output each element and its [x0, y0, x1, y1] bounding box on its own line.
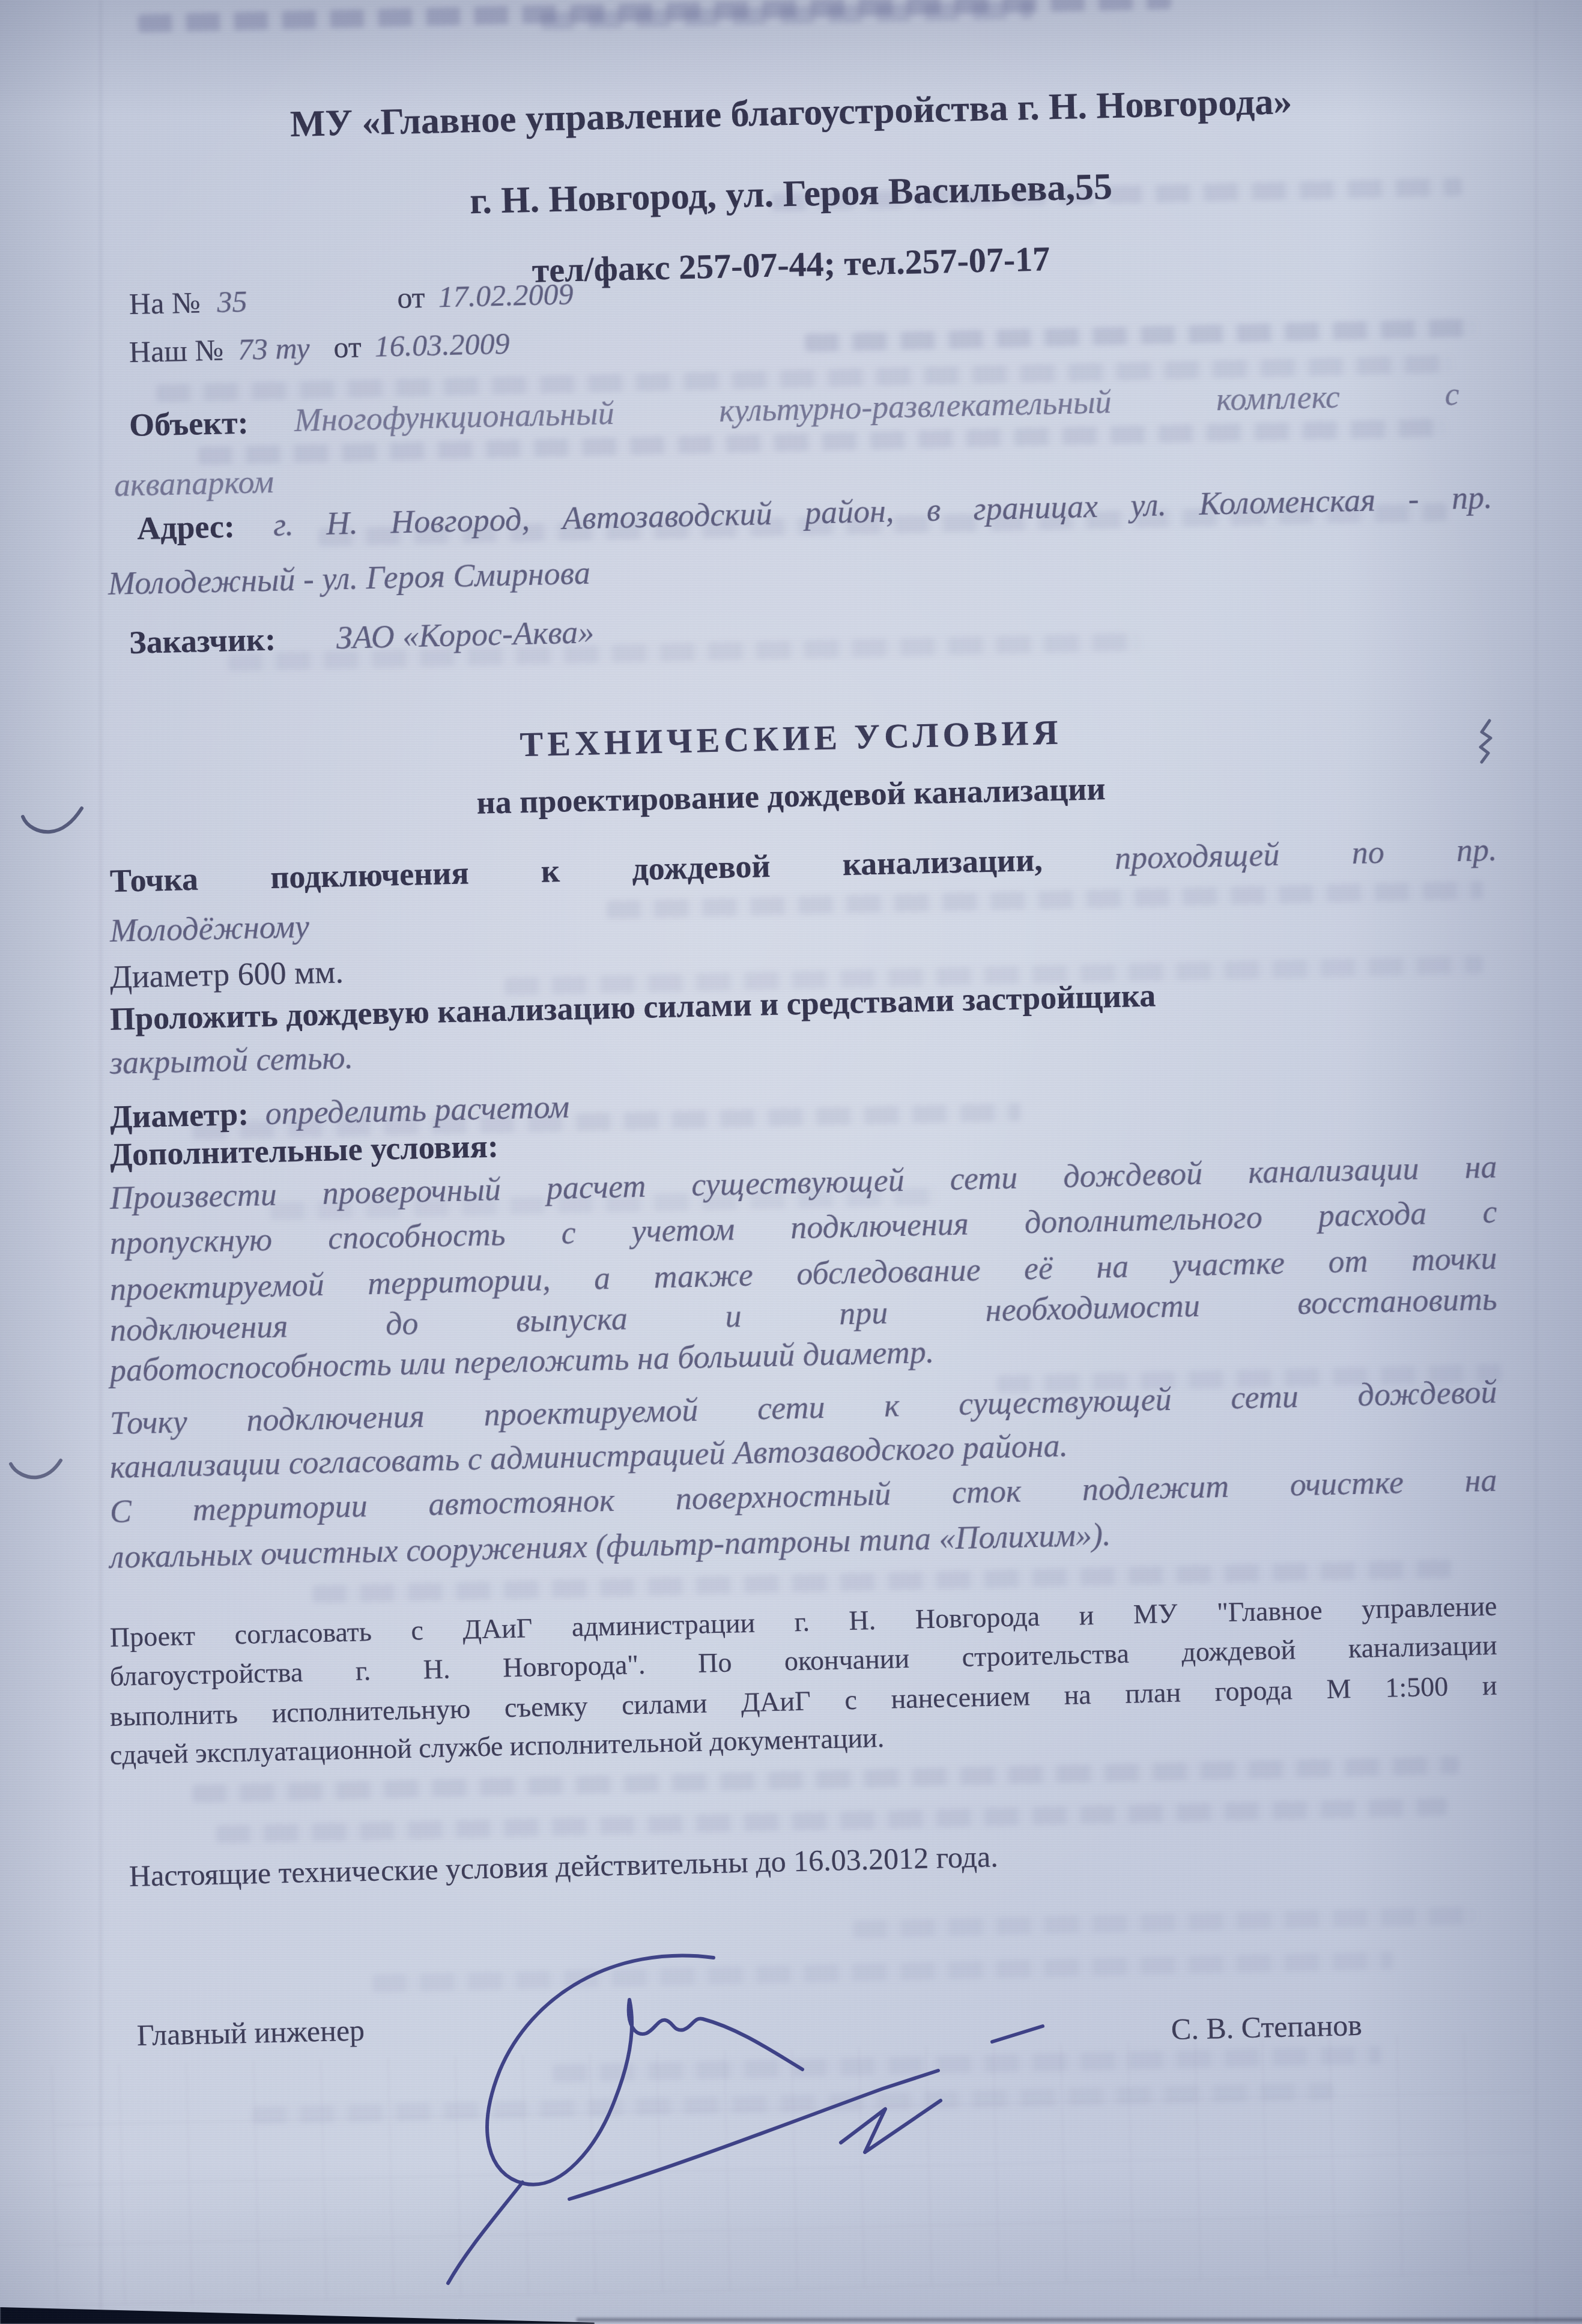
body-lay-tail: закрытой сетью.: [109, 1039, 353, 1083]
page-edge-line: [577, 2318, 1582, 2322]
ref-incoming-number: 35: [217, 285, 247, 319]
ref-outgoing-number: 73 ту: [237, 331, 310, 366]
page-edge-shadow: [0, 2302, 595, 2324]
ghost-text-line: [372, 1951, 1393, 1993]
ghost-text-line: [553, 2046, 1381, 2083]
signature-zigzag: [841, 2101, 941, 2152]
body-diameter2-line: Диаметр: определить расчетом: [109, 1088, 569, 1137]
diameter2-value: определить расчетом: [265, 1089, 570, 1131]
signature-strokes: [448, 1956, 1043, 2283]
signer-name: С. В. Степанов: [1171, 2008, 1362, 2047]
ref-incoming-label: На №: [129, 285, 201, 321]
customer-value: ЗАО «Корос-Аква»: [336, 613, 595, 657]
ref-incoming-date: 17.02.2009: [438, 277, 574, 313]
address-label: Адрес:: [136, 507, 235, 548]
fold-line-right: [1535, 0, 1537, 2324]
fold-line-left: [100, 0, 102, 2324]
signature-end-stroke: [992, 2026, 1043, 2042]
ref-outgoing-label: Наш №: [129, 333, 223, 369]
ref-incoming-from: от: [397, 280, 425, 315]
org-address: г. Н. Новгород, ул. Героя Васильева,55: [0, 154, 1582, 234]
connection-point-italic: проходящей по пр.: [1114, 832, 1497, 876]
scanned-document-page: МУ «Главное управление благоустройства г…: [0, 0, 1582, 2324]
ref-outgoing-from: от: [333, 330, 362, 364]
ref-outgoing-date: 16.03.2009: [374, 327, 510, 363]
body-connection-line1: Точка подключения к дождевой канализации…: [109, 831, 1497, 901]
body-diameter-line: Диаметр 600 мм.: [109, 953, 344, 997]
signature-underline: [569, 2071, 938, 2199]
ghost-text-line: [541, 1, 1033, 30]
signature-loop: [487, 1956, 802, 2185]
body-connection-line2: Молодёжному: [109, 907, 309, 950]
ref-outgoing: Наш №73 туот16.03.2009: [129, 326, 510, 370]
body-additional-label: Дополнительные условия:: [109, 1127, 499, 1174]
ghost-text-line: [252, 2082, 1333, 2125]
signer-role: Главный инженер: [136, 2012, 365, 2053]
ghost-text-line: [853, 1906, 1477, 1938]
object-value-line1: Многофункциональный культурно-развлекате…: [294, 375, 1459, 440]
address-value-line2: Молодежный - ул. Героя Смирнова: [108, 554, 590, 604]
validity-line: Настоящие технические условия действител…: [129, 1839, 998, 1894]
bleed-through-table-grid: [51, 2032, 1533, 2306]
ghost-text-line: [805, 319, 1477, 352]
object-value-line2: аквапарком: [114, 463, 274, 505]
org-name: МУ «Главное управление благоустройства г…: [0, 73, 1582, 153]
customer-label: Заказчик:: [129, 620, 276, 662]
ghost-text-line: [138, 0, 1171, 32]
signature-tail: [448, 2182, 523, 2283]
pen-checkmark-2: [11, 1460, 61, 1477]
object-label: Объект:: [129, 404, 249, 444]
address-value-line1: г. Н. Новгород, Автозаводский район, в г…: [273, 479, 1493, 545]
connection-point-bold: Точка подключения к дождевой канализации…: [109, 842, 1043, 899]
ghost-text-line: [607, 881, 1484, 919]
ghost-text-line: [216, 1797, 1447, 1844]
diameter2-label: Диаметр:: [109, 1096, 249, 1135]
